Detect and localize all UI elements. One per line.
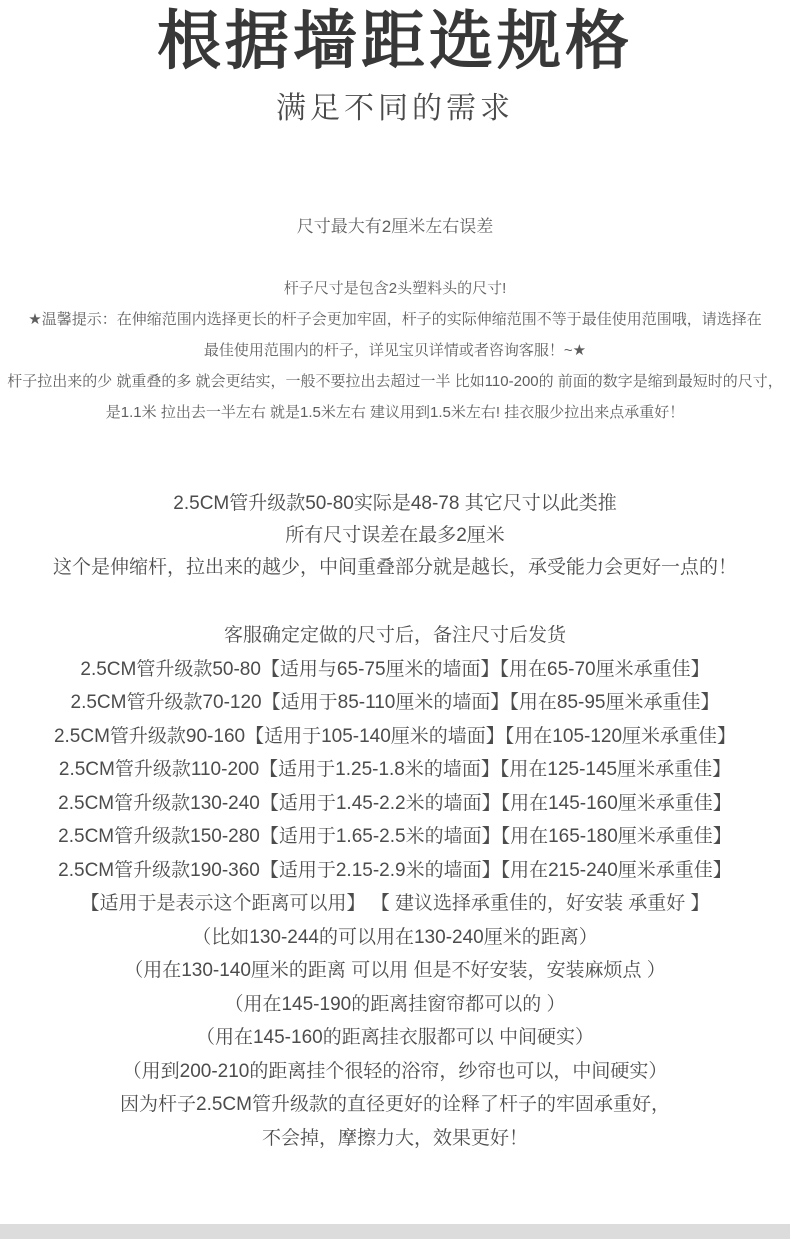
spec-row: 【适用于是表示这个距离可以用】 【 建议选择承重佳的，好安装 承重好 】 bbox=[0, 887, 790, 921]
notice-line: 杆子拉出来的少 就重叠的多 就会更结实，一般不要拉出去超过一半 比如110-20… bbox=[0, 366, 790, 397]
size-summary-block: 2.5CM管升级款50-80实际是48-78 其它尺寸以此类推 所有尺寸误差在最… bbox=[0, 488, 790, 584]
spec-row: 2.5CM管升级款130-240【适用于1.45-2.2米的墙面】【用在145-… bbox=[0, 787, 790, 821]
page-subtitle: 满足不同的需求 bbox=[0, 91, 790, 127]
spec-row: （用在145-160的距离挂衣服都可以 中间硬实） bbox=[0, 1021, 790, 1055]
notice-line: 最佳使用范围内的杆子，详见宝贝详情或者咨询客服！~★ bbox=[0, 335, 790, 366]
product-description-page: 根据墙距选规格 满足不同的需求 尺寸最大有2厘米左右误差 杆子尺寸是包含2头塑料… bbox=[0, 0, 790, 1239]
spec-row: （用在145-190的距离挂窗帘都可以的 ） bbox=[0, 988, 790, 1022]
spec-row: 客服确定定做的尺寸后，备注尺寸后发货 bbox=[0, 619, 790, 653]
spec-row: （比如130-244的可以用在130-240厘米的距离） bbox=[0, 921, 790, 955]
spec-row: 因为杆子2.5CM管升级款的直径更好的诠释了杆子的牢固承重好， bbox=[0, 1088, 790, 1122]
spec-row: 2.5CM管升级款190-360【适用于2.15-2.9米的墙面】【用在215-… bbox=[0, 854, 790, 888]
spec-row: 不会掉，摩擦力大，效果更好！ bbox=[0, 1122, 790, 1156]
footer-divider-bar bbox=[0, 1224, 790, 1239]
spec-row: 2.5CM管升级款90-160【适用于105-140厘米的墙面】【用在105-1… bbox=[0, 720, 790, 754]
tolerance-note: 尺寸最大有2厘米左右误差 bbox=[0, 217, 790, 237]
summary-line: 这个是伸缩杆，拉出来的越少，中间重叠部分就是越长，承受能力会更好一点的！ bbox=[0, 552, 790, 584]
notice-line: ★温馨提示：在伸缩范围内选择更长的杆子会更加牢固，杆子的实际伸缩范围不等于最佳使… bbox=[0, 304, 790, 335]
spec-list-block: 客服确定定做的尺寸后，备注尺寸后发货 2.5CM管升级款50-80【适用与65-… bbox=[0, 619, 790, 1155]
notice-block: 杆子尺寸是包含2头塑料头的尺寸! ★温馨提示：在伸缩范围内选择更长的杆子会更加牢… bbox=[0, 273, 790, 428]
summary-line: 所有尺寸误差在最多2厘米 bbox=[0, 520, 790, 552]
notice-line: 杆子尺寸是包含2头塑料头的尺寸! bbox=[0, 273, 790, 304]
page-title: 根据墙距选规格 bbox=[0, 0, 790, 75]
summary-line: 2.5CM管升级款50-80实际是48-78 其它尺寸以此类推 bbox=[0, 488, 790, 520]
spec-row: （用到200-210的距离挂个很轻的浴帘，纱帘也可以，中间硬实） bbox=[0, 1055, 790, 1089]
spec-row: 2.5CM管升级款110-200【适用于1.25-1.8米的墙面】【用在125-… bbox=[0, 753, 790, 787]
spec-row: （用在130-140厘米的距离 可以用 但是不好安装，安装麻烦点 ） bbox=[0, 954, 790, 988]
notice-line: 是1.1米 拉出去一半左右 就是1.5米左右 建议用到1.5米左右! 挂衣服少拉… bbox=[0, 397, 790, 428]
spec-row: 2.5CM管升级款70-120【适用于85-110厘米的墙面】【用在85-95厘… bbox=[0, 686, 790, 720]
spec-row: 2.5CM管升级款50-80【适用与65-75厘米的墙面】【用在65-70厘米承… bbox=[0, 653, 790, 687]
spec-row: 2.5CM管升级款150-280【适用于1.65-2.5米的墙面】【用在165-… bbox=[0, 820, 790, 854]
